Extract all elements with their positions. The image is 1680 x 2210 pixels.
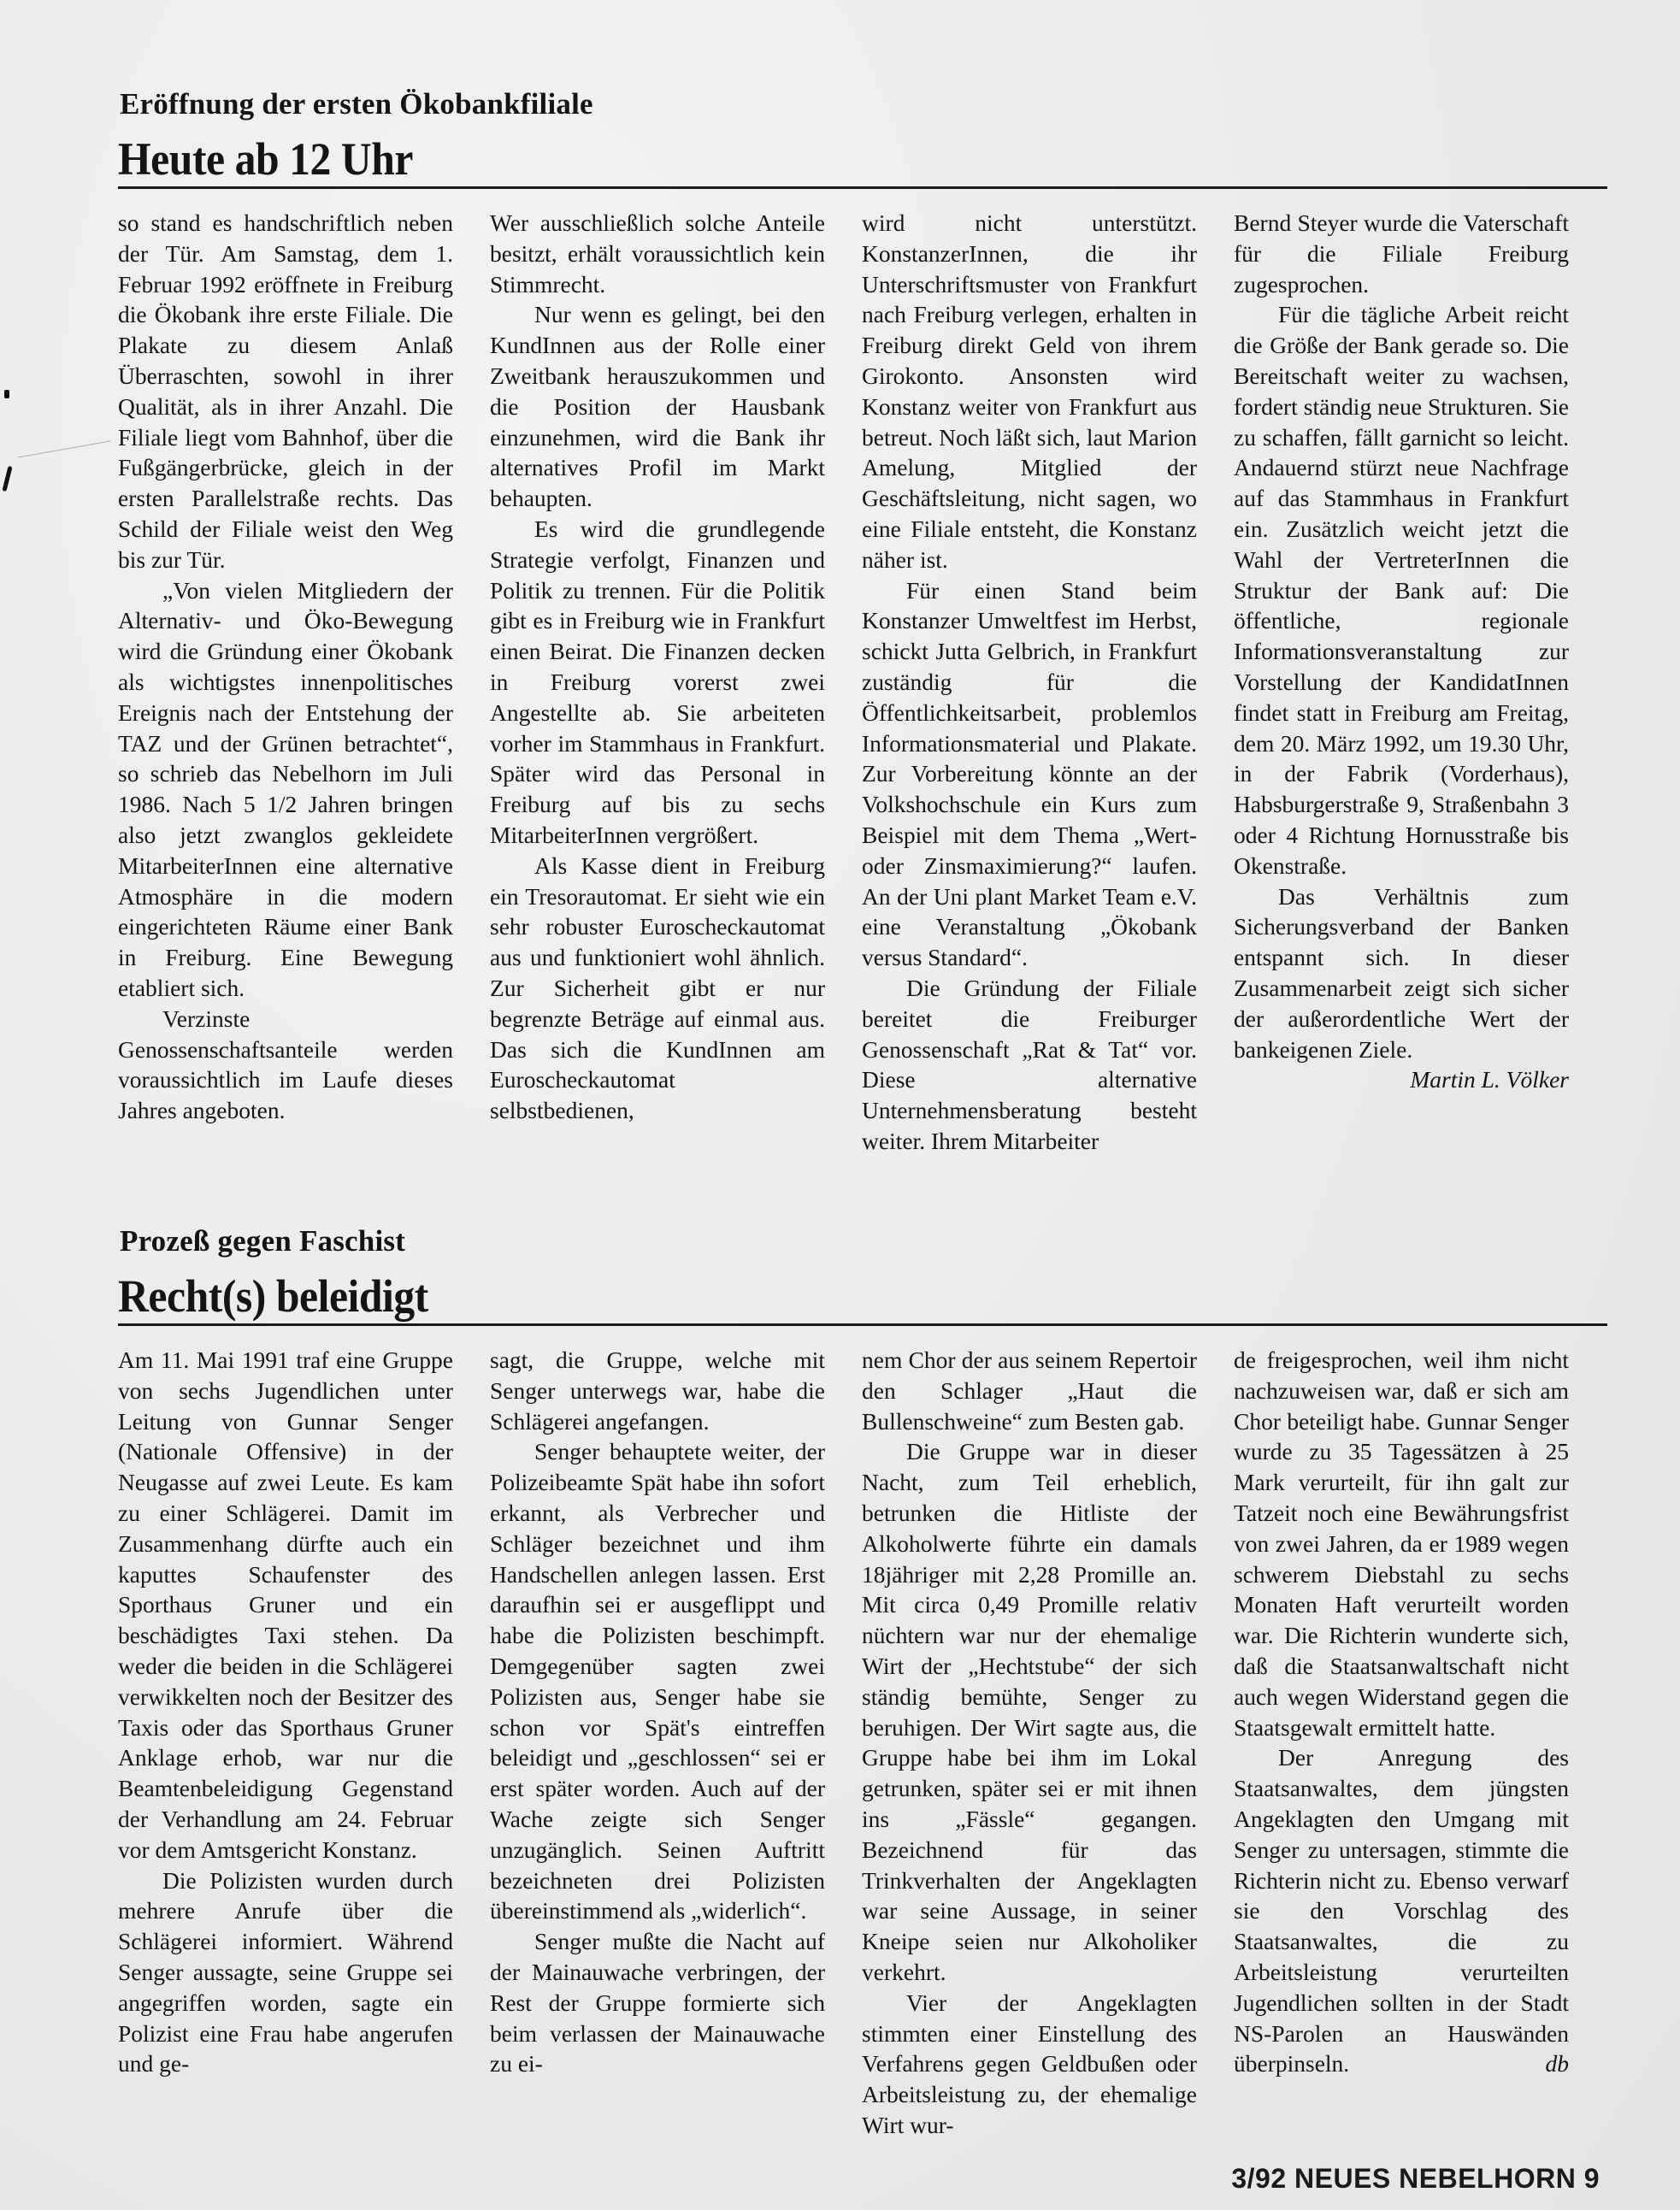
headline-rule xyxy=(118,1323,1607,1326)
paragraph: „Von vielen Mitgliedern der Alternativ- … xyxy=(118,575,453,1004)
scan-scratch xyxy=(18,440,111,457)
scan-mark xyxy=(4,390,9,398)
article-columns: so stand es handschriftlich neben der Tü… xyxy=(118,208,1607,1157)
page-footer: 3/92 NEUES NEBELHORN 9 xyxy=(1231,2163,1600,2195)
paragraph: Nur wenn es gelingt, bei den KundInnen a… xyxy=(490,299,825,514)
paragraph: Als Kasse dient in Freiburg ein Tresorau… xyxy=(490,851,825,1126)
paragraph: Die Gründung der Filiale bereitet die Fr… xyxy=(862,973,1197,1157)
paragraph-text: Der Anregung des Staatsanwaltes, dem jün… xyxy=(1234,1744,1569,2077)
paragraph: Der Anregung des Staatsanwaltes, dem jün… xyxy=(1234,1742,1569,2079)
article-column-3: wird nicht unterstützt. KonstanzerInnen,… xyxy=(862,208,1197,1157)
article-headline: Heute ab 12 Uhr xyxy=(118,133,1488,185)
article-column-1: so stand es handschriftlich neben der Tü… xyxy=(118,208,453,1157)
issue-number: 3/92 xyxy=(1231,2163,1286,2194)
headline-rule xyxy=(118,186,1607,189)
paragraph: Bernd Steyer wurde die Vaterschaft für d… xyxy=(1234,208,1569,299)
paragraph: Vier der Angeklagten stimmten einer Eins… xyxy=(862,1988,1197,2141)
paragraph: de freigesprochen, weil ihm nicht nachzu… xyxy=(1234,1345,1569,1742)
paragraph: Am 11. Mai 1991 traf eine Gruppe von sec… xyxy=(118,1345,453,1865)
paragraph: sagt, die Gruppe, welche mit Senger unte… xyxy=(490,1345,825,1436)
article-column-3: nem Chor der aus seinem Repertoir den Sc… xyxy=(862,1345,1197,2141)
paragraph: Die Gruppe war in dieser Nacht, zum Teil… xyxy=(862,1436,1197,1987)
paragraph-text: Das Verhältnis zum Sicherungsverband der… xyxy=(1234,883,1569,1063)
paragraph: Wer ausschließlich solche Anteile besitz… xyxy=(490,208,825,299)
article-prozess: Prozeß gegen Faschist Recht(s) beleidigt… xyxy=(118,1223,1607,2141)
magazine-page: Eröffnung der ersten Ökobankfiliale Heut… xyxy=(0,0,1680,2210)
paragraph: Verzinste Genossenschaftsanteile werden … xyxy=(118,1004,453,1126)
article-column-1: Am 11. Mai 1991 traf eine Gruppe von sec… xyxy=(118,1345,453,2141)
paragraph: Das Verhältnis zum Sicherungsverband der… xyxy=(1234,881,1569,1065)
author-signature: Martin L. Völker xyxy=(1365,1064,1569,1095)
article-kicker: Eröffnung der ersten Ökobankfiliale xyxy=(120,85,1607,123)
article-column-4: de freigesprochen, weil ihm nicht nachzu… xyxy=(1234,1345,1569,2141)
scan-mark xyxy=(2,466,12,492)
paragraph: Senger behauptete weiter, der Polizeibea… xyxy=(490,1436,825,1926)
paragraph: wird nicht unterstützt. KonstanzerInnen,… xyxy=(862,208,1197,575)
paragraph: nem Chor der aus seinem Repertoir den Sc… xyxy=(862,1345,1197,1436)
article-column-2: sagt, die Gruppe, welche mit Senger unte… xyxy=(490,1345,825,2141)
publication-name: NEUES NEBELHORN xyxy=(1294,2163,1576,2194)
paragraph: Senger mußte die Nacht auf der Mainauwac… xyxy=(490,1926,825,2079)
paragraph: so stand es handschriftlich neben der Tü… xyxy=(118,208,453,575)
paragraph: Die Polizisten wurden durch mehrere Anru… xyxy=(118,1865,453,2080)
article-headline: Recht(s) beleidigt xyxy=(118,1270,1488,1322)
paragraph: Es wird die grundlegende Strategie verfo… xyxy=(490,514,825,851)
article-column-4: Bernd Steyer wurde die Vaterschaft für d… xyxy=(1234,208,1569,1157)
article-columns: Am 11. Mai 1991 traf eine Gruppe von sec… xyxy=(118,1345,1607,2141)
paragraph: Für die tägliche Arbeit reicht die Größe… xyxy=(1234,299,1569,881)
article-column-2: Wer ausschließlich solche Anteile besitz… xyxy=(490,208,825,1157)
article-oekobank: Eröffnung der ersten Ökobankfiliale Heut… xyxy=(118,85,1607,1157)
author-signature: db xyxy=(1501,2048,1570,2079)
paragraph: Für einen Stand beim Konstanzer Umweltfe… xyxy=(862,575,1197,973)
article-kicker: Prozeß gegen Faschist xyxy=(120,1223,1607,1260)
page-number: 9 xyxy=(1584,2163,1600,2194)
